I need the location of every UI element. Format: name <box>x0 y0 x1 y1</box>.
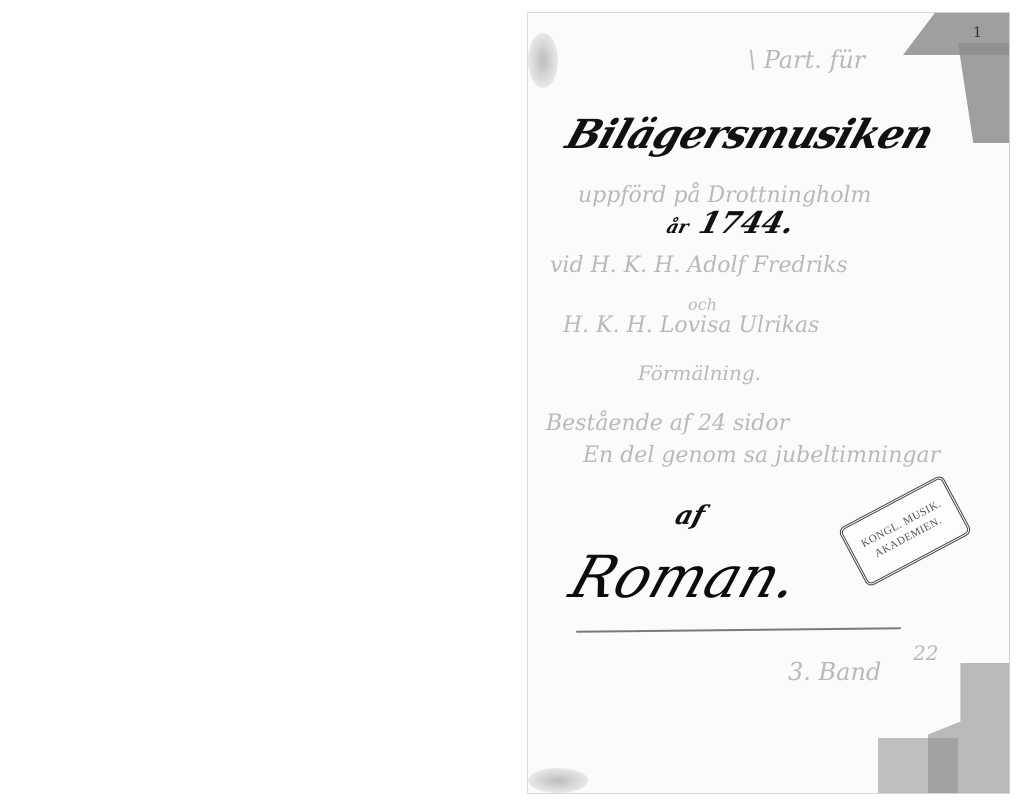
top-left-smudge <box>528 33 558 88</box>
library-stamp: KONGL. MUSIK. AKADEMIEN. <box>837 474 972 588</box>
year-value: 1744. <box>695 206 798 241</box>
year-prefix: år <box>664 217 691 238</box>
by-label: af <box>672 501 708 531</box>
subtitle-line-3: och <box>688 295 717 314</box>
bottom-left-smudge <box>528 768 588 793</box>
subtitle-line-5: Förmälning. <box>638 361 761 385</box>
title: Bilägersmusiken <box>560 111 939 158</box>
right-edge-stain <box>958 43 1009 143</box>
composer-name: Roman. <box>562 543 808 611</box>
subtitle-line-4: H. K. H. Lovisa Ulrikas <box>563 313 819 338</box>
subtitle-line-2: vid H. K. H. Adolf Fredriks <box>550 253 848 278</box>
title-text: Bilägersmusiken <box>560 111 939 158</box>
composer-underline <box>576 627 901 632</box>
year: år 1744. <box>663 206 798 241</box>
note-line-1: Bestående af 24 sidor <box>546 411 789 436</box>
bottom-stain <box>878 738 958 793</box>
part-annotation: \ Part. für <box>748 46 865 74</box>
subtitle-line-1: uppförd på Drottningholm <box>578 183 871 208</box>
manuscript-page: 1 \ Part. für Bilägersmusiken uppförd på… <box>527 12 1010 794</box>
note-line-2: En del genom sa jubeltimningar <box>583 443 940 468</box>
page-number: 1 <box>973 25 982 41</box>
shelfmark-number: 22 <box>913 641 938 665</box>
shelfmark: 3. Band <box>788 658 881 686</box>
